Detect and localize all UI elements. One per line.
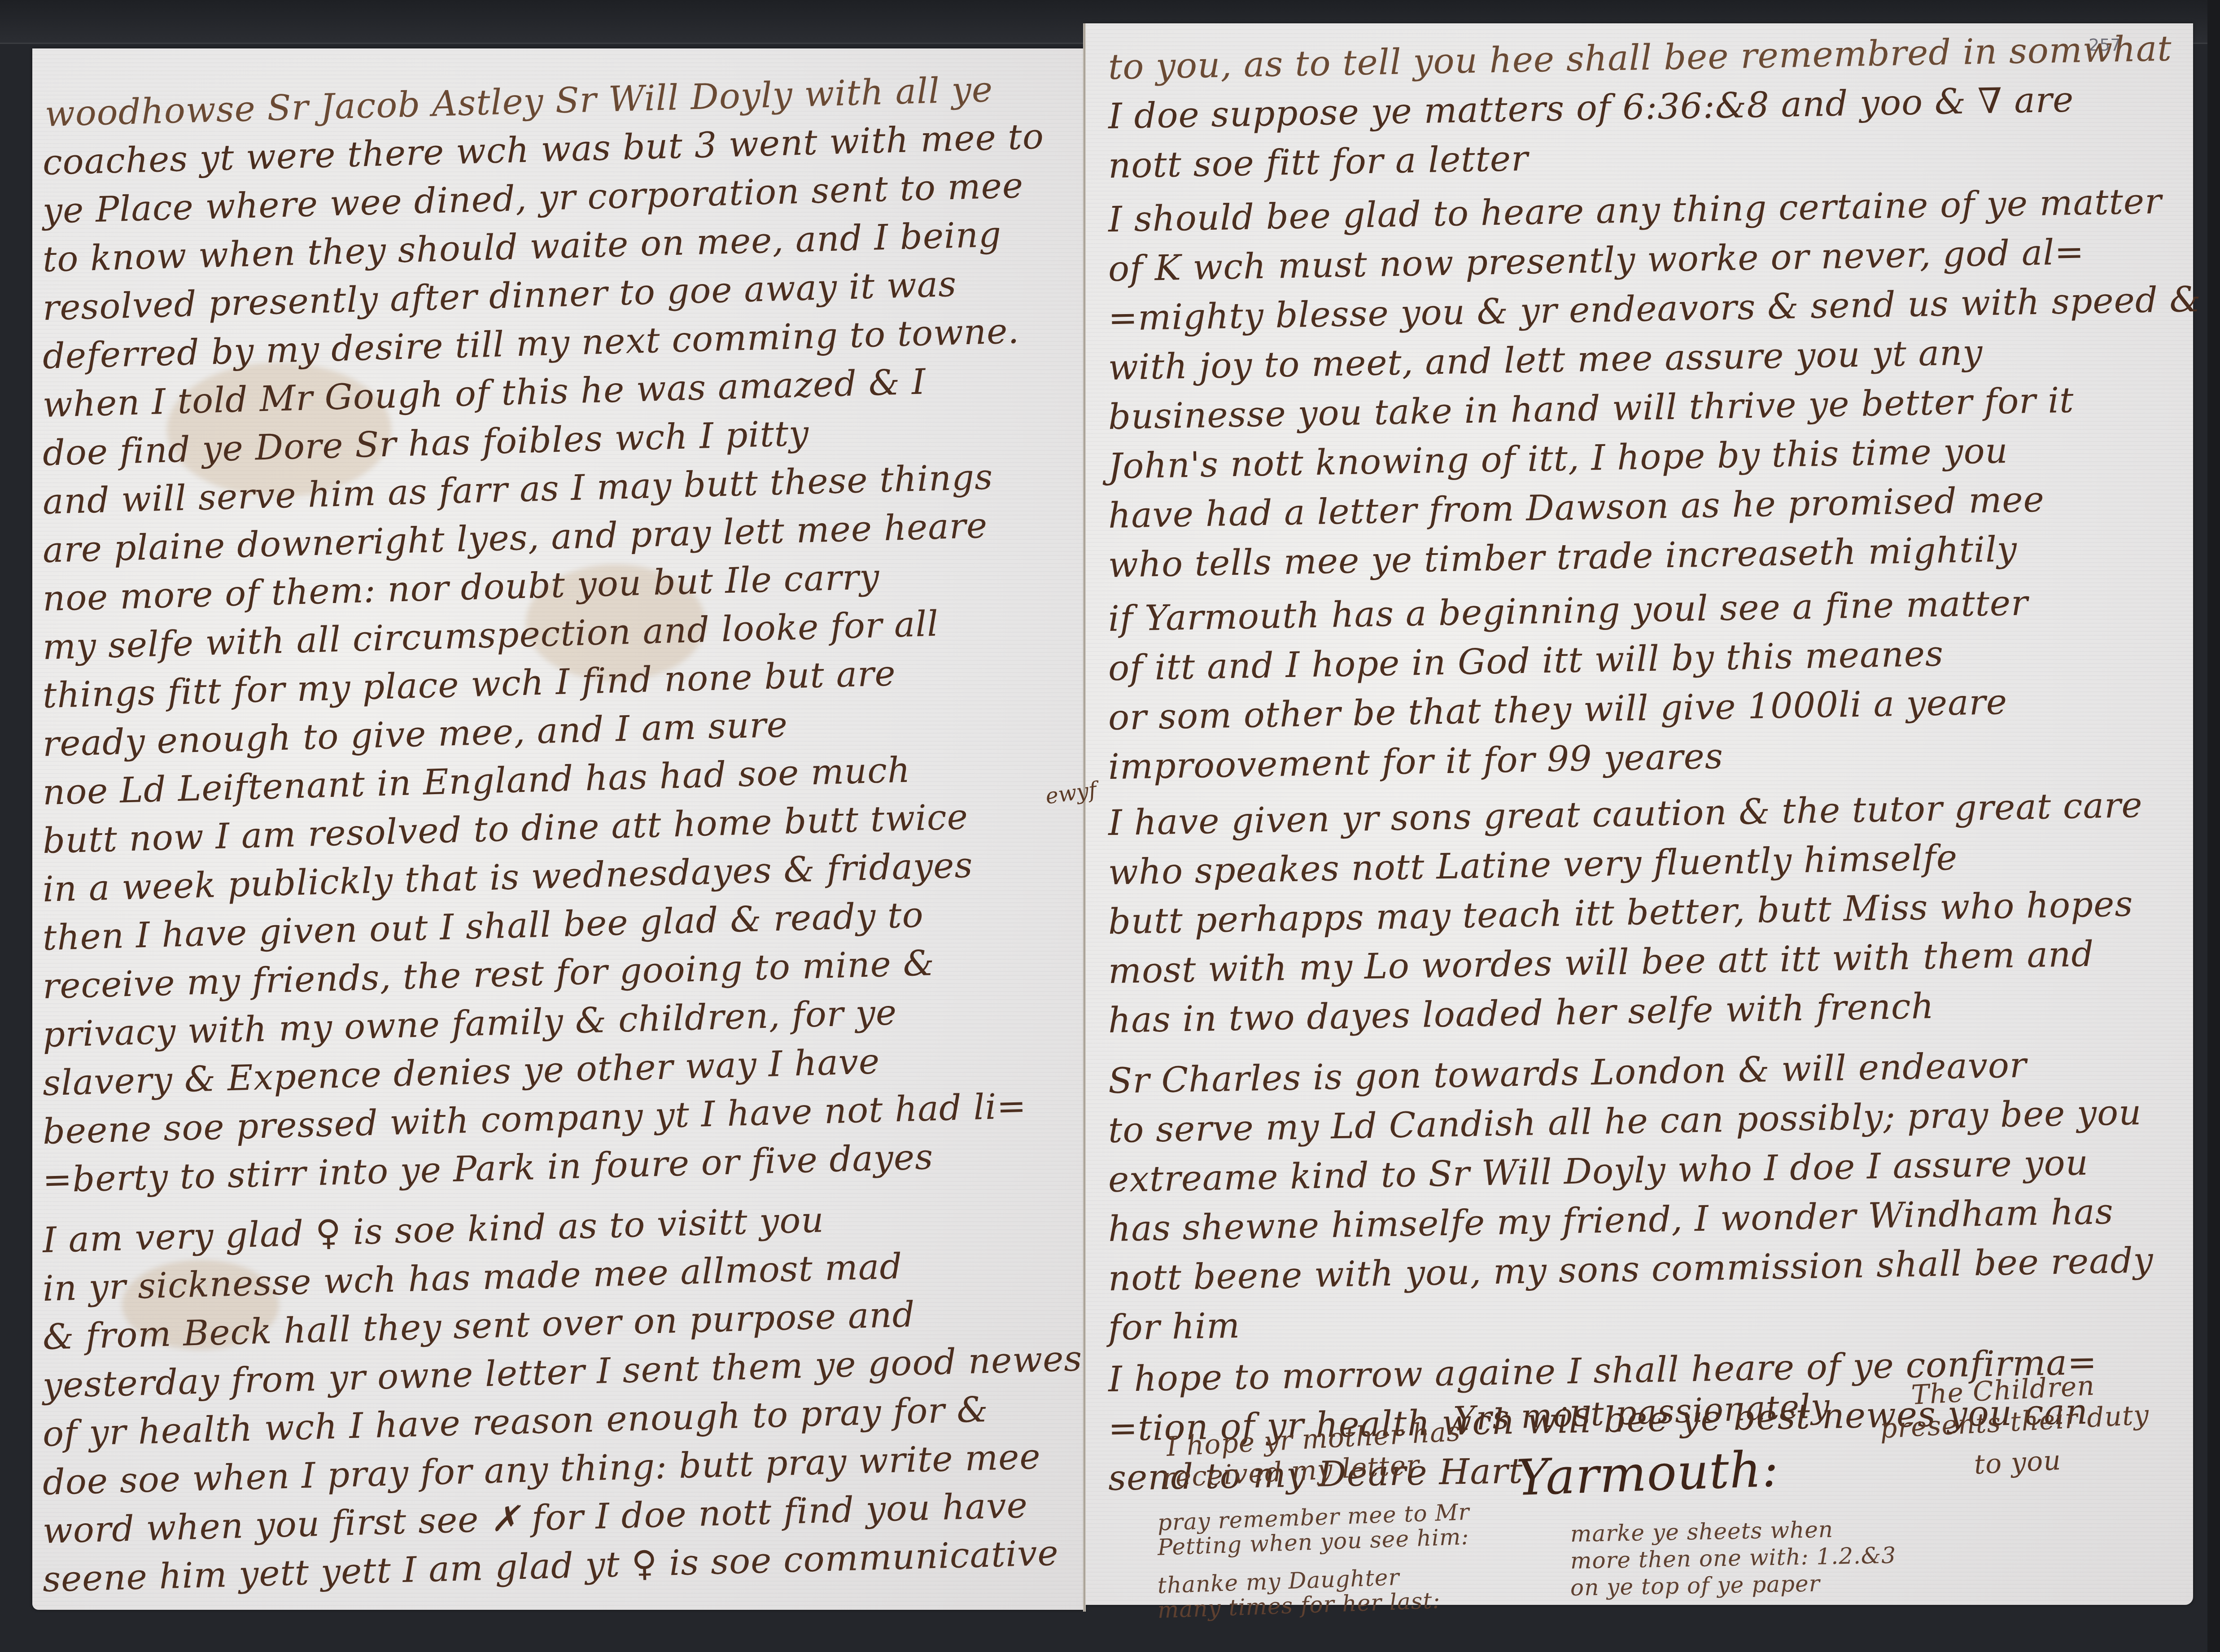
postscript-line: marke ye sheets when (1570, 1517, 1833, 1547)
signature: Yarmouth: (1516, 1440, 1780, 1507)
text-line: for him (1108, 1306, 1241, 1348)
text-line: nott soe fitt for a letter (1108, 139, 1529, 186)
postscript-line: on ye top of ye paper (1570, 1570, 1820, 1601)
children-note-line: to you (1973, 1445, 2062, 1481)
page-gutter-fold (1083, 23, 1086, 1612)
mount-board-right (2207, 0, 2220, 1652)
